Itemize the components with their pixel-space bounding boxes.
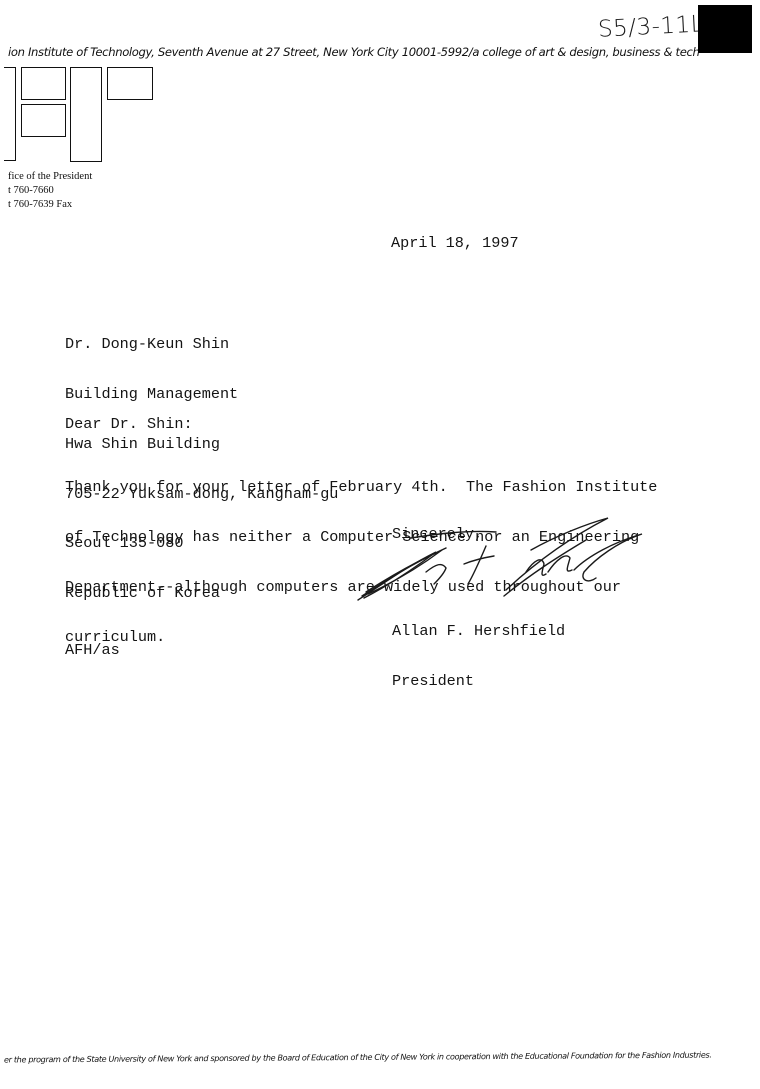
body-line: curriculum. [65,629,657,646]
institute-logo [0,0,160,165]
signatory-name: Allan F. Hershfield [392,623,565,640]
signatory-title: President [392,673,565,690]
salutation: Dear Dr. Shin: [65,416,193,433]
body-line: Thank you for your letter of February 4t… [65,479,657,496]
logo-box-top-left [21,67,66,100]
logo-box-bottom-left [21,104,66,137]
letter-date: April 18, 1997 [391,235,519,252]
logo-box-right [107,67,153,100]
letterhead-footer: er the program of the State University o… [4,1050,712,1065]
office-phone: t 760-7660 [8,184,92,198]
office-fax: t 760-7639 Fax [8,198,92,212]
office-title: fice of the President [8,170,92,184]
logo-bracket [4,67,16,161]
office-contact: fice of the President t 760-7660 t 760-7… [8,170,92,212]
signatory: Allan F. Hershfield President [392,590,565,706]
logo-box-tall [70,67,102,162]
handwritten-annotation: S5/3-11L [597,11,704,43]
recipient-line: Building Management [65,386,338,403]
recipient-line: Dr. Dong-Keun Shin [65,336,338,353]
redaction-block [698,5,752,53]
reference-initials: AFH/as [65,642,120,659]
